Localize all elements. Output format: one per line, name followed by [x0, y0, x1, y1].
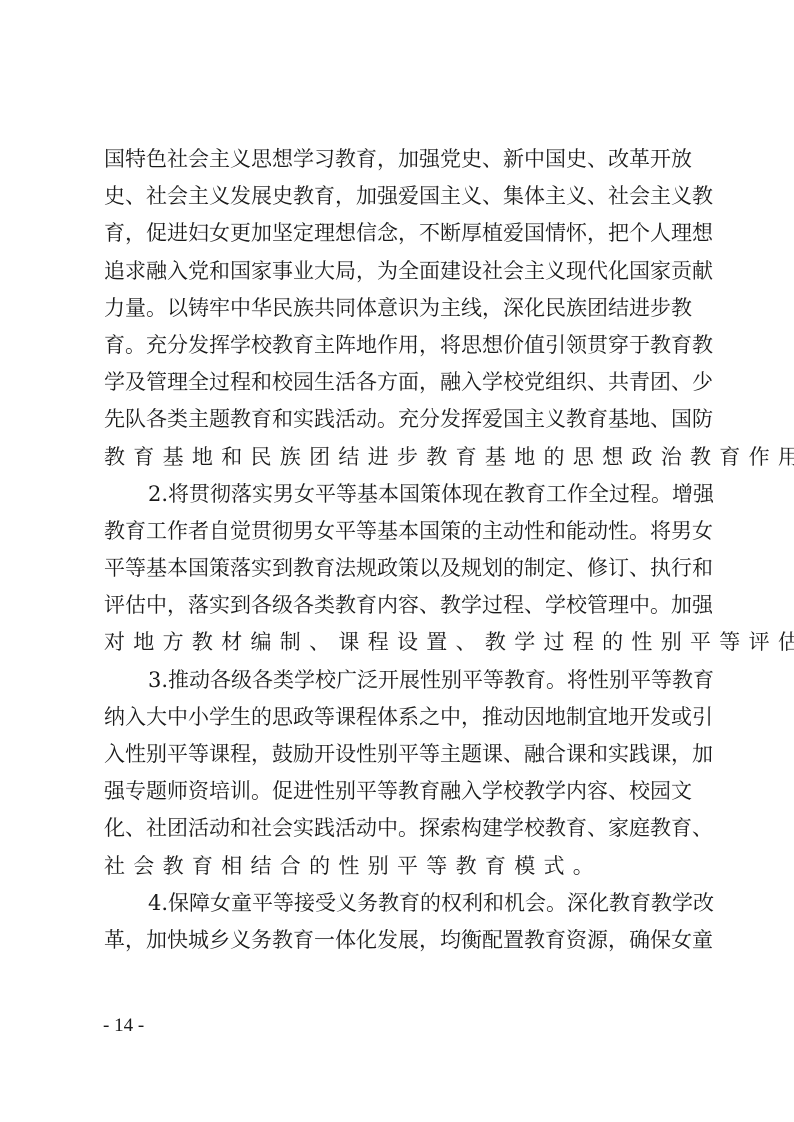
text-line: 社会教育相结合的性别平等教育模式。 [104, 848, 692, 885]
paragraph-continued: 国特色社会主义思想学习教育，加强党史、新中国史、改革开放 史、社会主义发展史教育… [104, 141, 692, 476]
page-number: - 14 - [103, 1015, 144, 1037]
text-line: 化、社团活动和社会实践活动中。探索构建学校教育、家庭教育、 [104, 810, 692, 847]
text-line: 教育工作者自觉贯彻男女平等基本国策的主动性和能动性。将男女 [104, 513, 692, 550]
text-line: 追求融入党和国家事业大局，为全面建设社会主义现代化国家贡献 [104, 253, 692, 290]
text-line: 入性别平等课程，鼓励开设性别平等主题课、融合课和实践课，加 [104, 736, 692, 773]
document-page: 国特色社会主义思想学习教育，加强党史、新中国史、改革开放 史、社会主义发展史教育… [0, 0, 794, 1122]
text-line: 史、社会主义发展史教育，加强爱国主义、集体主义、社会主义教 [104, 178, 692, 215]
text-line: 国特色社会主义思想学习教育，加强党史、新中国史、改革开放 [104, 141, 692, 178]
paragraph-item-4: 4.保障女童平等接受义务教育的权利和机会。深化教育教学改 革，加快城乡义务教育一… [104, 885, 692, 959]
text-line: 革，加快城乡义务教育一体化发展，均衡配置教育资源，确保女童 [104, 922, 692, 959]
text-line: 评估中，落实到各级各类教育内容、教学过程、学校管理中。加强 [104, 587, 692, 624]
text-line: 对地方教材编制、课程设置、教学过程的性别平等评估。 [104, 624, 692, 661]
text-line: 教育基地和民族团结进步教育基地的思想政治教育作用。 [104, 439, 692, 476]
text-line: 4.保障女童平等接受义务教育的权利和机会。深化教育教学改 [104, 885, 692, 922]
text-line: 力量。以铸牢中华民族共同体意识为主线，深化民族团结进步教 [104, 290, 692, 327]
paragraph-item-2: 2.将贯彻落实男女平等基本国策体现在教育工作全过程。增强 教育工作者自觉贯彻男女… [104, 476, 692, 662]
text-line: 育。充分发挥学校教育主阵地作用，将思想价值引领贯穿于教育教 [104, 327, 692, 364]
text-line: 纳入大中小学生的思政等课程体系之中，推动因地制宜地开发或引 [104, 699, 692, 736]
text-line: 3.推动各级各类学校广泛开展性别平等教育。将性别平等教育 [104, 662, 692, 699]
paragraph-item-3: 3.推动各级各类学校广泛开展性别平等教育。将性别平等教育 纳入大中小学生的思政等… [104, 662, 692, 885]
text-line: 强专题师资培训。促进性别平等教育融入学校教学内容、校园文 [104, 773, 692, 810]
text-line: 先队各类主题教育和实践活动。充分发挥爱国主义教育基地、国防 [104, 401, 692, 438]
body-text: 国特色社会主义思想学习教育，加强党史、新中国史、改革开放 史、社会主义发展史教育… [104, 141, 692, 959]
text-line: 育，促进妇女更加坚定理想信念，不断厚植爱国情怀，把个人理想 [104, 215, 692, 252]
text-line: 学及管理全过程和校园生活各方面，融入学校党组织、共青团、少 [104, 364, 692, 401]
text-line: 2.将贯彻落实男女平等基本国策体现在教育工作全过程。增强 [104, 476, 692, 513]
text-line: 平等基本国策落实到教育法规政策以及规划的制定、修订、执行和 [104, 550, 692, 587]
